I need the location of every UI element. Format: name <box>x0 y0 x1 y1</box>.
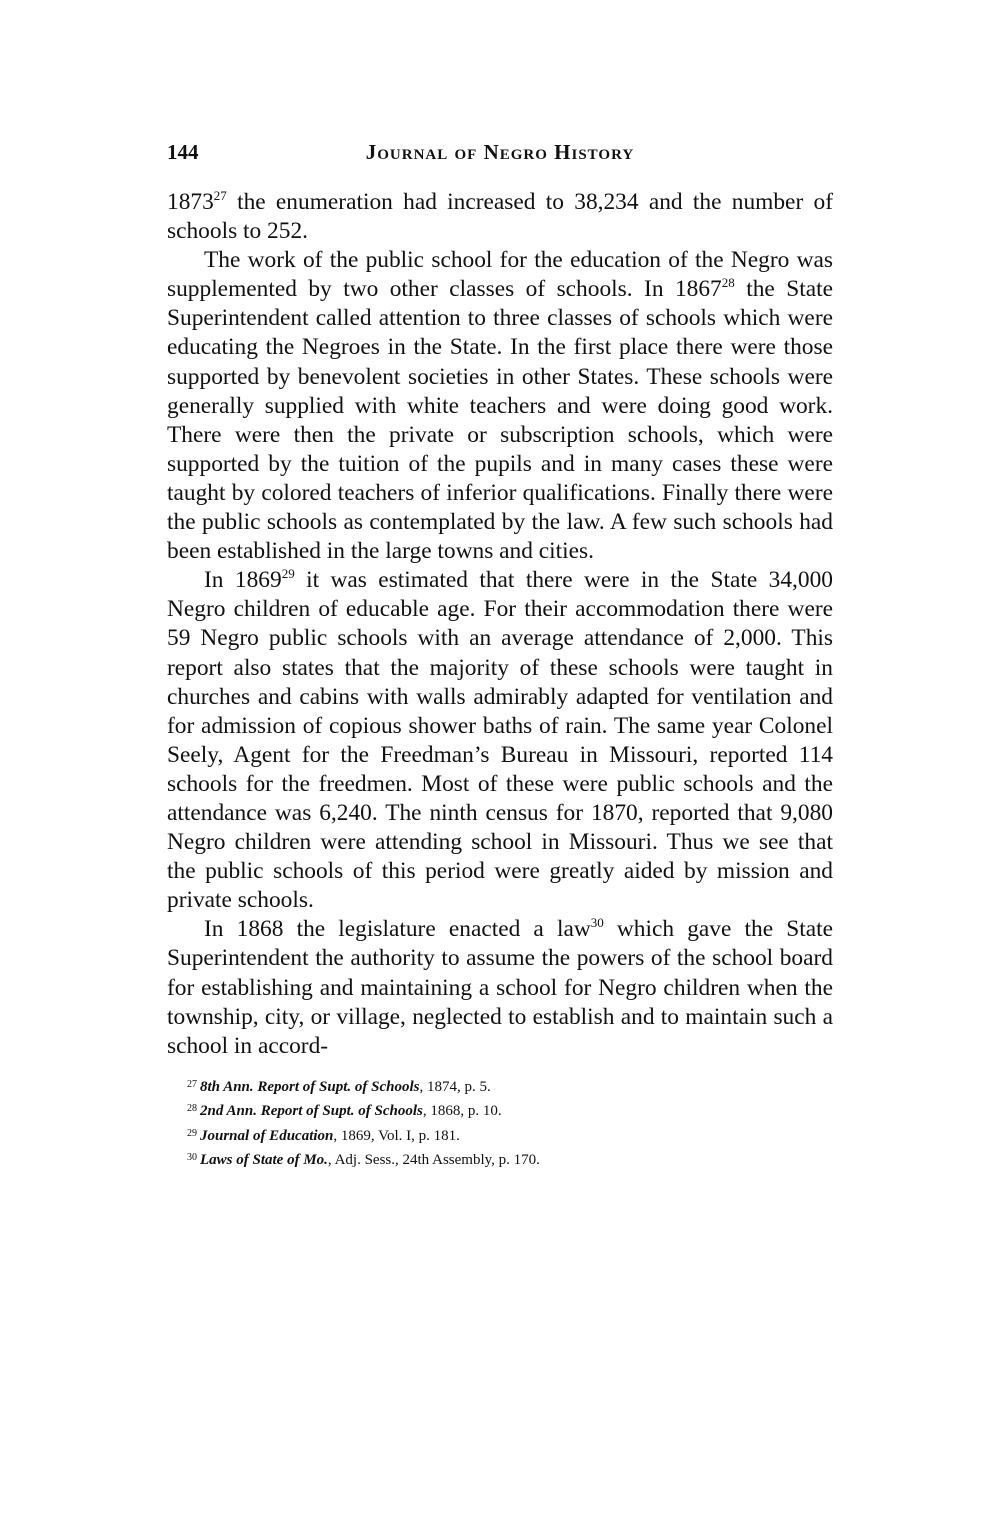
footnote: 30Laws of State of Mo., Adj. Sess., 24th… <box>187 1147 833 1172</box>
paragraph: 187327 the enumeration had increased to … <box>167 188 833 246</box>
footnote-number: 30 <box>187 1152 197 1163</box>
footnote-number: 27 <box>187 1079 197 1090</box>
footnote-number: 28 <box>187 1103 197 1114</box>
footnote-reference[interactable]: 29 <box>282 566 295 581</box>
footnote-source-title: Journal of Education <box>200 1128 333 1144</box>
footnote: 29Journal of Education, 1869, Vol. I, p.… <box>187 1123 833 1148</box>
paragraph: In 186929 it was estimated that there we… <box>167 566 833 915</box>
footnote-number: 29 <box>187 1128 197 1139</box>
paragraph: The work of the public school for the ed… <box>167 246 833 566</box>
body-text: 187327 the enumeration had increased to … <box>167 188 833 1061</box>
footnote: 278th Ann. Report of Supt. of Schools, 1… <box>187 1074 833 1099</box>
running-head: 144 Journal of Negro History <box>167 140 833 170</box>
footnote-citation: , Adj. Sess., 24th Assembly, p. 170. <box>328 1152 540 1168</box>
footnote-source-title: 8th Ann. Report of Supt. of Schools <box>200 1079 420 1095</box>
footnote-reference[interactable]: 28 <box>722 275 735 290</box>
footnote-reference[interactable]: 27 <box>214 188 227 203</box>
footnotes: 278th Ann. Report of Supt. of Schools, 1… <box>167 1074 833 1172</box>
document-page: 144 Journal of Negro History 187327 the … <box>167 140 833 1172</box>
footnote: 282nd Ann. Report of Supt. of Schools, 1… <box>187 1098 833 1123</box>
footnote-citation: , 1868, p. 10. <box>423 1103 502 1119</box>
journal-title: Journal of Negro History <box>167 140 833 165</box>
footnote-citation: , 1869, Vol. I, p. 181. <box>333 1128 460 1144</box>
footnote-citation: , 1874, p. 5. <box>420 1079 491 1095</box>
footnote-source-title: Laws of State of Mo. <box>200 1152 328 1168</box>
paragraph: In 1868 the legislature enacted a law30 … <box>167 915 833 1060</box>
footnote-reference[interactable]: 30 <box>591 915 604 930</box>
footnote-source-title: 2nd Ann. Report of Supt. of Schools <box>200 1103 423 1119</box>
